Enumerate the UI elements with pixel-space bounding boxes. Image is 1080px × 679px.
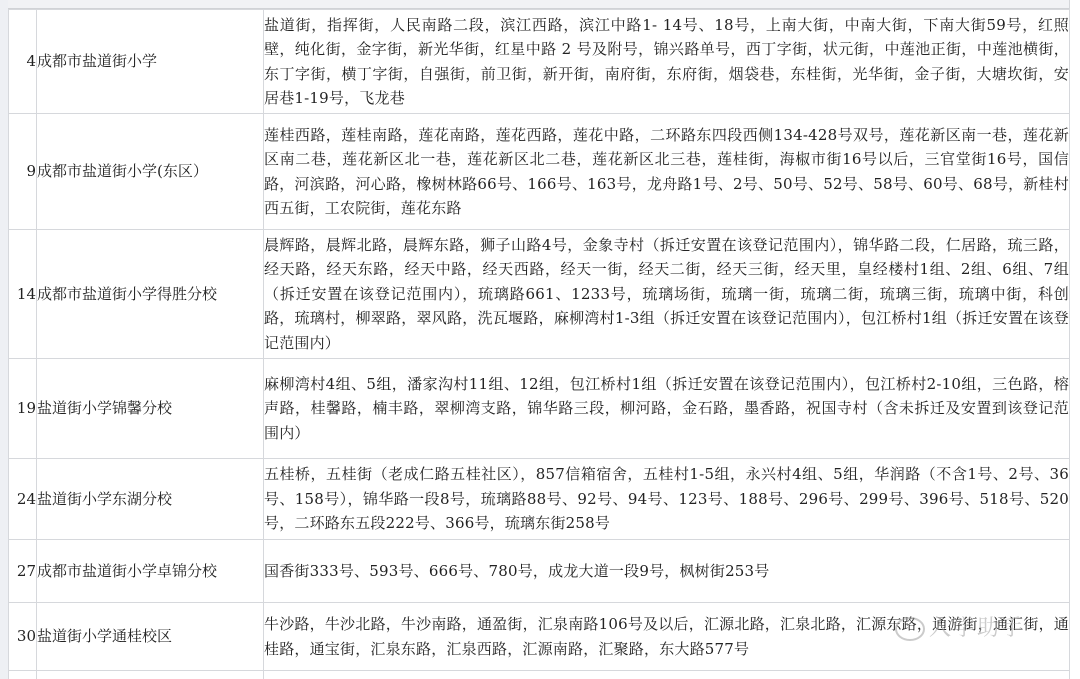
school-name-cell[interactable]: 盐道街小学锦馨分校 (37, 359, 264, 459)
row-number-cell[interactable]: 14 (9, 230, 37, 359)
row-number-cell[interactable]: 4 (9, 10, 37, 114)
school-district-table: 4 成都市盐道街小学 盐道街，指挥街，人民南路二段，滨江西路，滨江中路1- 14… (8, 9, 1070, 679)
enrollment-area-cell[interactable] (264, 671, 1070, 679)
column-header-row (8, 0, 1070, 9)
right-edge-column (1069, 0, 1080, 679)
school-name-cell[interactable]: 成都市盐道街小学得胜分校 (37, 230, 264, 359)
school-name-cell[interactable]: 盐道街小学通桂校区 (37, 603, 264, 671)
row-number-cell[interactable]: 30 (9, 603, 37, 671)
school-name-cell[interactable] (37, 671, 264, 679)
row-number-cell[interactable]: 24 (9, 459, 37, 540)
school-name-cell[interactable]: 成都市盐道街小学卓锦分校 (37, 540, 264, 603)
table-row: 27 成都市盐道街小学卓锦分校 国香街333号、593号、666号、780号，成… (9, 540, 1070, 603)
spreadsheet: 4 成都市盐道街小学 盐道街，指挥街，人民南路二段，滨江西路，滨江中路1- 14… (0, 0, 1080, 679)
enrollment-area-cell[interactable]: 莲桂西路，莲桂南路，莲花南路，莲花西路，莲花中路，二环路东四段西侧134-428… (264, 114, 1070, 230)
table-row: 24 盐道街小学东湖分校 五桂桥，五桂街（老成仁路五桂社区），857信箱宿舍，五… (9, 459, 1070, 540)
table-row: 14 成都市盐道街小学得胜分校 晨辉路，晨辉北路，晨辉东路，狮子山路4号，金象寺… (9, 230, 1070, 359)
table-row-partial (9, 671, 1070, 679)
enrollment-area-cell[interactable]: 五桂桥，五桂街（老成仁路五桂社区），857信箱宿舍，五桂村1-5组，永兴村4组、… (264, 459, 1070, 540)
enrollment-area-cell[interactable]: 国香街333号、593号、666号、780号，成龙大道一段9号，枫树街253号 (264, 540, 1070, 603)
enrollment-area-cell[interactable]: 麻柳湾村4组、5组，潘家沟村11组、12组，包江桥村1组（拆迁安置在该登记范围内… (264, 359, 1070, 459)
row-number-cell[interactable]: 9 (9, 114, 37, 230)
row-number-cell[interactable] (9, 671, 37, 679)
enrollment-area-cell[interactable]: 盐道街，指挥街，人民南路二段，滨江西路，滨江中路1- 14号、18号，上南大街，… (264, 10, 1070, 114)
table-row: 4 成都市盐道街小学 盐道街，指挥街，人民南路二段，滨江西路，滨江中路1- 14… (9, 10, 1070, 114)
school-name-cell[interactable]: 成都市盐道街小学 (37, 10, 264, 114)
school-name-cell[interactable]: 盐道街小学东湖分校 (37, 459, 264, 540)
enrollment-area-cell[interactable]: 晨辉路，晨辉北路，晨辉东路，狮子山路4号，金象寺村（拆迁安置在该登记范围内），锦… (264, 230, 1070, 359)
table-row: 19 盐道街小学锦馨分校 麻柳湾村4组、5组，潘家沟村11组、12组，包江桥村1… (9, 359, 1070, 459)
table-row: 30 盐道街小学通桂校区 牛沙路，牛沙北路，牛沙南路，通盈街，汇泉南路106号及… (9, 603, 1070, 671)
row-number-cell[interactable]: 19 (9, 359, 37, 459)
table-row: 9 成都市盐道街小学(东区） 莲桂西路，莲桂南路，莲花南路，莲花西路，莲花中路，… (9, 114, 1070, 230)
enrollment-area-cell[interactable]: 牛沙路，牛沙北路，牛沙南路，通盈街，汇泉南路106号及以后，汇源北路，汇泉北路，… (264, 603, 1070, 671)
row-number-cell[interactable]: 27 (9, 540, 37, 603)
school-name-cell[interactable]: 成都市盐道街小学(东区） (37, 114, 264, 230)
